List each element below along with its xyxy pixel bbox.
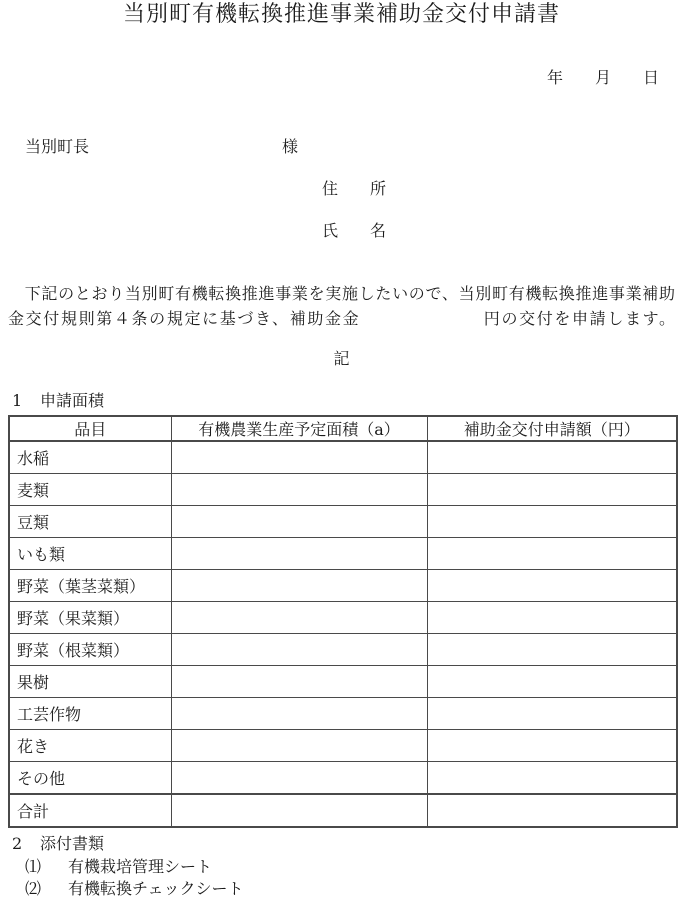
area-cell <box>171 474 427 506</box>
area-cell <box>171 634 427 666</box>
table-row: 野菜（果菜類） <box>9 602 677 634</box>
attachment-label: 有機栽培管理シート <box>68 857 212 876</box>
amount-cell <box>427 538 677 570</box>
note-marker: 記 <box>0 349 683 369</box>
application-area-table: 品目 有機農業生産予定面積（a） 補助金交付申請額（円） 水稲 麦類 豆類 <box>8 415 678 828</box>
amount-cell <box>427 506 677 538</box>
area-cell <box>171 441 427 474</box>
amount-cell <box>427 666 677 698</box>
item-cell: 豆類 <box>9 506 171 538</box>
area-cell <box>171 730 427 762</box>
table-row: 豆類 <box>9 506 677 538</box>
section2-heading: 2添付書類 <box>12 834 104 854</box>
area-cell <box>171 762 427 795</box>
attachment-item: ⑴有機栽培管理シート <box>25 857 212 877</box>
page-title: 当別町有機転換推進事業補助金交付申請書 <box>0 2 683 28</box>
amount-cell <box>427 794 677 827</box>
document-page: 当別町有機転換推進事業補助金交付申請書 年 月 日 当別町長 様 住 所 氏 名… <box>0 0 683 898</box>
amount-cell <box>427 730 677 762</box>
body-line-1: 下記のとおり当別町有機転換推進事業を実施したいので、当別町有機転換推進事業補助 <box>8 281 675 306</box>
address-label: 住 所 <box>322 179 386 199</box>
area-cell <box>171 506 427 538</box>
table-row-total: 合計 <box>9 794 677 827</box>
honorific-label: 様 <box>282 137 298 157</box>
table-row: いも類 <box>9 538 677 570</box>
item-cell: 花き <box>9 730 171 762</box>
table-header-row: 品目 有機農業生産予定面積（a） 補助金交付申請額（円） <box>9 416 677 441</box>
table-row: 麦類 <box>9 474 677 506</box>
area-cell <box>171 538 427 570</box>
section2-heading-label: 添付書類 <box>40 834 104 853</box>
table-row: 野菜（根菜類） <box>9 634 677 666</box>
section1-heading-label: 申請面積 <box>40 391 104 410</box>
header-area: 有機農業生産予定面積（a） <box>171 416 427 441</box>
header-item: 品目 <box>9 416 171 441</box>
item-cell: 麦類 <box>9 474 171 506</box>
table-row: その他 <box>9 762 677 795</box>
header-amount: 補助金交付申請額（円） <box>427 416 677 441</box>
area-cell <box>171 602 427 634</box>
body-line-2: 金交付規則第４条の規定に基づき、補助金金 円の交付を申請します。 <box>8 306 675 331</box>
table-row: 工芸作物 <box>9 698 677 730</box>
item-cell: 野菜（根菜類） <box>9 634 171 666</box>
table-row: 水稲 <box>9 441 677 474</box>
item-cell: 野菜（果菜類） <box>9 602 171 634</box>
area-cell <box>171 570 427 602</box>
amount-cell <box>427 441 677 474</box>
item-cell: 果樹 <box>9 666 171 698</box>
addressee-label: 当別町長 <box>25 137 89 157</box>
amount-cell <box>427 570 677 602</box>
amount-cell <box>427 698 677 730</box>
name-label: 氏 名 <box>322 221 386 241</box>
table-body: 水稲 麦類 豆類 いも類 野菜（葉茎菜類） <box>9 441 677 827</box>
item-cell: 水稲 <box>9 441 171 474</box>
section2-number: 2 <box>12 834 40 854</box>
area-cell <box>171 698 427 730</box>
date-line: 年 月 日 <box>547 68 659 88</box>
attachment-number: ⑵ <box>25 879 68 898</box>
item-cell: いも類 <box>9 538 171 570</box>
table-row: 野菜（葉茎菜類） <box>9 570 677 602</box>
amount-cell <box>427 762 677 795</box>
amount-cell <box>427 474 677 506</box>
attachment-label: 有機転換チェックシート <box>68 879 244 898</box>
item-cell: その他 <box>9 762 171 795</box>
table-row: 花き <box>9 730 677 762</box>
attachment-item: ⑵有機転換チェックシート <box>25 879 244 898</box>
item-cell: 野菜（葉茎菜類） <box>9 570 171 602</box>
area-cell <box>171 794 427 827</box>
area-cell <box>171 666 427 698</box>
table-header: 品目 有機農業生産予定面積（a） 補助金交付申請額（円） <box>9 416 677 441</box>
table-row: 果樹 <box>9 666 677 698</box>
amount-cell <box>427 634 677 666</box>
amount-cell <box>427 602 677 634</box>
body-paragraph: 下記のとおり当別町有機転換推進事業を実施したいので、当別町有機転換推進事業補助 … <box>8 281 675 331</box>
attachment-number: ⑴ <box>25 857 68 877</box>
section1-heading: 1申請面積 <box>12 391 104 411</box>
item-cell: 合計 <box>9 794 171 827</box>
item-cell: 工芸作物 <box>9 698 171 730</box>
section1-number: 1 <box>12 391 40 411</box>
